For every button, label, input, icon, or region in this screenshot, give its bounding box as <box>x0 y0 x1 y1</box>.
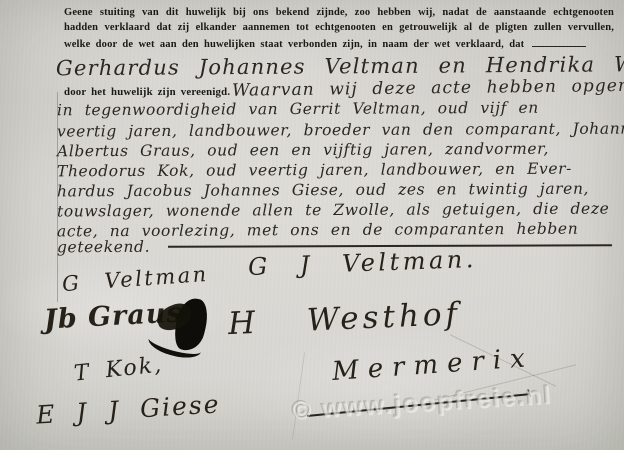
signature-witness-giese: E J J Giese <box>35 389 221 429</box>
signature-witness-veltman: G Veltman <box>61 262 209 296</box>
printed-paragraph: Geene stuiting van dit huwelijk bij ons … <box>64 5 614 52</box>
handwritten-body-line: Theodorus Kok, oud veertig jaren, landbo… <box>57 160 572 181</box>
signature-witness-kok: T Kok, <box>73 352 164 386</box>
signature-registrar: Mermerix <box>331 343 534 387</box>
printed-vereenigd-line: door het huwelijk zijn vereenigd. <box>64 86 230 98</box>
handwritten-body-line: touwslager, wonende allen te Zwolle, als… <box>57 200 609 221</box>
marriage-record-scan: Geene stuiting van dit huwelijk bij ons … <box>0 0 624 450</box>
printed-line-1: Geene stuiting van dit huwelijk bij ons … <box>64 5 614 20</box>
printed-line-2: hadden verklaard dat zij elkander aannem… <box>64 20 614 35</box>
printed-line-3: welke door de wet aan den huwelijken sta… <box>64 36 614 52</box>
handwritten-body-line: hardus Jacobus Johannes Giese, oud zes e… <box>57 180 589 201</box>
signature-groom: G J Veltman. <box>248 245 478 281</box>
blank-line <box>532 36 586 47</box>
handwritten-body-line: veertig jaren, landbouwer, broeder van d… <box>57 119 624 140</box>
handwritten-body-line: geteekend. <box>57 238 150 256</box>
signature-flourish-hook <box>523 389 532 399</box>
handwritten-body-line: in tegenwoordigheid van Gerrit Veltman, … <box>57 99 539 120</box>
handwritten-body-line: Albertus Graus, oud een en vijftig jaren… <box>57 140 549 161</box>
printed-line-3-text: welke door de wet aan den huwelijken sta… <box>64 39 524 50</box>
signature-bride: H Westhof <box>227 296 461 342</box>
scratch-mark <box>292 352 305 439</box>
handwritten-waarvan-line: Waarvan wij deze acte hebben opgemaakt <box>232 75 624 100</box>
signature-flourish-line <box>307 393 530 416</box>
